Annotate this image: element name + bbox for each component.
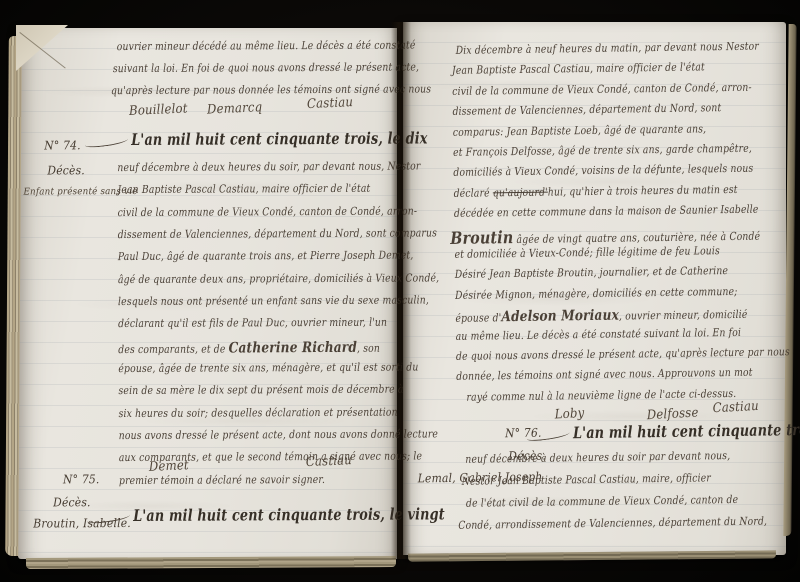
manuscript-line-correction: déclaré qu'aujourd'hui, qu'hier à trois …	[454, 183, 738, 200]
person-name: Broutin	[450, 228, 513, 249]
act-opening: L'an mil huit cent cinquante trois, le d…	[131, 128, 427, 149]
signature-castiau: Castiau	[307, 95, 354, 112]
manuscript-line: neuf décembre à deux heures du soir par …	[465, 449, 730, 466]
line-text: , ouvrier mineur, domicilié	[619, 308, 748, 323]
manuscript-line: déclarant qu'il est fils de Paul Duc, ou…	[118, 316, 387, 330]
line-text: âgée de vingt quatre ans, couturière, né…	[513, 230, 760, 246]
book-gutter	[391, 22, 411, 559]
manuscript-line: au même lieu. Le décès a été constaté su…	[456, 326, 742, 343]
line-text: hui, qu'hier à trois heures du matin est	[548, 183, 738, 199]
manuscript-line: Condé, arrondissement de Valenciennes, d…	[458, 515, 767, 532]
manuscript-line: comparus: Jean Baptiste Loeb, âgé de qua…	[453, 122, 707, 139]
line-text: , son	[357, 342, 380, 355]
manuscript-line-moriaux: épouse d'Adelson Moriaux, ouvrier mineur…	[455, 305, 747, 326]
manuscript-line: de l'état civil de la commune de Vieux C…	[466, 493, 738, 510]
manuscript-line: et domiciliée à Vieux-Condé; fille légit…	[454, 244, 720, 261]
act-type: Décès.	[47, 163, 85, 177]
signature-castiau: Castiau	[712, 399, 759, 416]
manuscript-line: épouse, âgée de trente six ans, ménagère…	[118, 360, 418, 375]
manuscript-line: Dix décembre à neuf heures du matin, par…	[456, 40, 759, 57]
manuscript-line: Paul Duc, âgé de quarante trois ans, et …	[118, 249, 414, 264]
manuscript-line: civil de la commune de Vieux Condé, cant…	[452, 81, 752, 98]
manuscript-line: neuf décembre à deux heures du soir, par…	[117, 159, 420, 174]
right-page: Dix décembre à neuf heures du matin, par…	[403, 22, 786, 555]
line-text: déclaré	[454, 186, 493, 200]
manuscript-line: dissement de Valenciennes, département d…	[452, 101, 721, 118]
manuscript-line: civil de la commune de Vieux Condé, cant…	[118, 205, 418, 220]
manuscript-line: qu'après lecture par nous donnée les tém…	[111, 82, 431, 97]
manuscript-line: donnée, les témoins ont signé avec nous.…	[456, 366, 753, 383]
manuscript-line: sein de sa mère le dix sept du présent m…	[118, 383, 403, 397]
signature-loby: Loby	[554, 406, 584, 423]
person-name: Adelson Moriaux	[501, 307, 619, 326]
act-opening: L'an mil huit cent cinquante trois, le v…	[573, 419, 800, 442]
manuscript-line: de quoi nous avons dressé le présent act…	[456, 345, 790, 363]
manuscript-line: et François Delfosse, âgé de trente six …	[453, 142, 752, 159]
manuscript-line: Jean Baptiste Pascal Castiau, maire offi…	[117, 182, 370, 196]
manuscript-line: Désirée Mignon, ménagère, domiciliés en …	[455, 285, 738, 302]
manuscript-line: Désiré Jean Baptiste Broutin, journalier…	[455, 264, 729, 281]
line-text: épouse d'	[455, 311, 501, 325]
struck-word: qu'aujourd'	[493, 186, 548, 200]
manuscript-line: ouvrier mineur décédé au même lieu. Le d…	[117, 39, 416, 54]
signature-castiau: Castiau	[306, 453, 353, 470]
signature-delfosse: Delfosse	[646, 405, 698, 423]
manuscript-line-catherine-richard: des comparants, et de Catherine Richard,…	[118, 339, 380, 357]
manuscript-line: Nestor Jean Baptiste Pascal Castiau, mai…	[462, 471, 711, 487]
manuscript-line: premier témoin a déclaré ne savoir signe…	[119, 473, 325, 487]
manuscript-line: suivant la loi. En foi de quoi nous avon…	[113, 60, 419, 75]
act-number: N° 75.	[63, 472, 100, 486]
photograph-background: ouvrier mineur décédé au même lieu. Le d…	[0, 0, 800, 582]
act-type: Décès.	[53, 495, 91, 509]
act-number: N° 74.	[44, 138, 81, 152]
manuscript-line: dissement de Valenciennes, département d…	[118, 226, 437, 241]
signature-bouillelot: Bouillelot	[129, 101, 188, 119]
person-name: Catherine Richard	[229, 339, 358, 357]
manuscript-line: décédée en cette commune dans la maison …	[454, 203, 759, 220]
left-page-text: ouvrier mineur décédé au même lieu. Le d…	[17, 27, 399, 560]
manuscript-line: lesquels nous ont présenté un enfant san…	[118, 293, 429, 308]
signature-demet: Demet	[149, 458, 189, 475]
manuscript-line: six heures du soir; desquelles déclarati…	[119, 406, 398, 420]
manuscript-line: Jean Baptiste Pascal Castiau, maire offi…	[452, 60, 705, 77]
right-page-text: Dix décembre à neuf heures du matin, par…	[399, 18, 789, 556]
signature-demarcq: Demarcq	[207, 100, 263, 117]
manuscript-line: rayé comme nul à la neuvième ligne de l'…	[466, 387, 736, 404]
manuscript-line: domiciliés à Vieux Condé, voisins de la …	[453, 162, 753, 179]
line-text: des comparants, et de	[118, 342, 228, 356]
left-page: ouvrier mineur décédé au même lieu. Le d…	[18, 28, 397, 559]
